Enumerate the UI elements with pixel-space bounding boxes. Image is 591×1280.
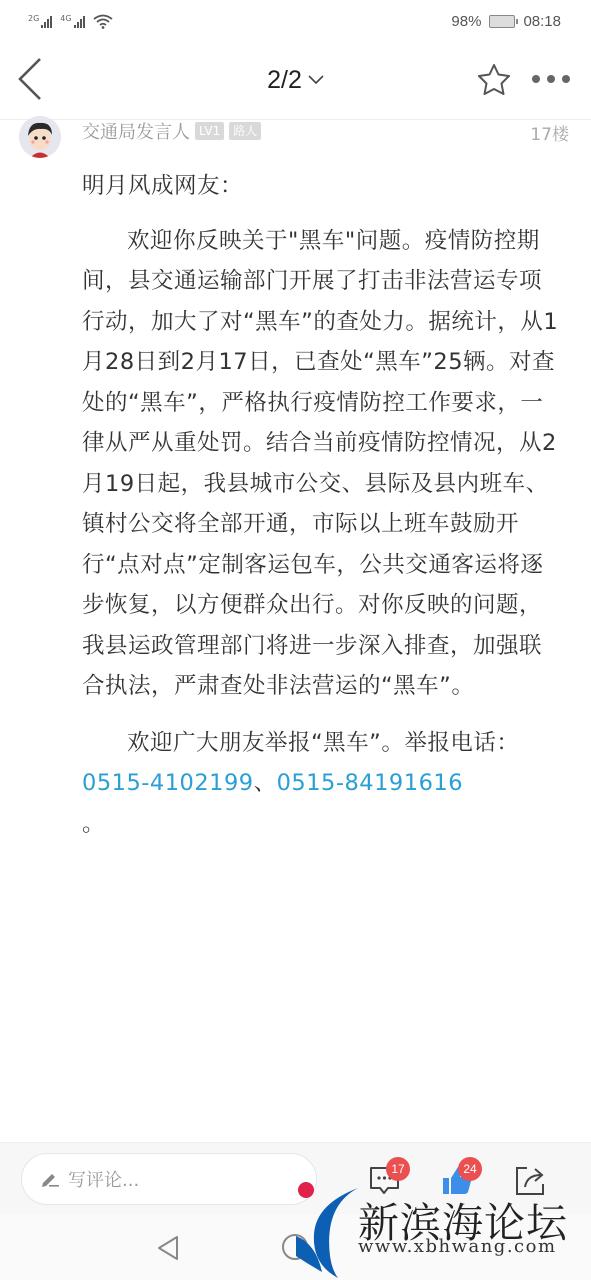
- system-back-button[interactable]: [156, 1234, 180, 1266]
- signal-4g-icon: 4G: [60, 14, 84, 28]
- wifi-icon: [93, 14, 113, 29]
- share-button[interactable]: [513, 1163, 549, 1199]
- comment-placeholder: 写评论...: [68, 1166, 139, 1192]
- post-paragraph-1: 欢迎你反映关于"黑车"问题。疫情防控期间，县交通运输部门开展了打击非法营运专项行…: [82, 221, 562, 707]
- triangle-back-icon: [156, 1234, 180, 1262]
- signal-2g-label: 2G: [28, 14, 39, 23]
- more-icon-dot: [547, 75, 555, 83]
- floor-number: 17楼: [530, 120, 569, 145]
- phone-separator: 、: [254, 770, 277, 796]
- star-icon: [476, 62, 512, 98]
- post-paragraph-2: 欢迎广大朋友举报“黑车”。举报电话：0515-4102199、0515-8419…: [82, 723, 562, 845]
- phone-link-1[interactable]: 0515-4102199: [82, 770, 254, 796]
- signal-2g-icon: 2G: [28, 14, 52, 28]
- page-indicator-label: 2/2: [267, 66, 302, 95]
- battery-icon: [489, 15, 515, 28]
- comments-button[interactable]: 17: [368, 1163, 404, 1199]
- post-greeting: 明月风成网友：: [82, 166, 562, 207]
- paragraph-end: 。: [82, 811, 105, 837]
- comment-input[interactable]: 写评论...: [21, 1153, 317, 1205]
- avatar-cartoon-icon: [19, 116, 61, 158]
- back-chevron-icon: [14, 56, 50, 102]
- comment-count-badge: 17: [386, 1157, 410, 1181]
- system-nav-bar: [0, 1214, 591, 1280]
- clock: 08:18: [523, 13, 561, 30]
- level-badge: LV1: [195, 122, 224, 140]
- share-icon: [513, 1163, 549, 1199]
- more-button[interactable]: [532, 72, 574, 86]
- status-bar: 2G 4G 98% 08:18: [0, 0, 591, 42]
- bottom-action-bar: 写评论... 17 24: [0, 1142, 591, 1214]
- post-body: 明月风成网友： 欢迎你反映关于"黑车"问题。疫情防控期间，县交通运输部门开展了打…: [82, 166, 562, 844]
- back-button[interactable]: [14, 56, 50, 102]
- more-icon-dot: [532, 75, 540, 83]
- status-left: 2G 4G: [28, 14, 113, 29]
- more-icon-dot: [562, 75, 570, 83]
- avatar[interactable]: [19, 116, 61, 158]
- battery-percent: 98%: [451, 13, 481, 30]
- status-right: 98% 08:18: [451, 13, 561, 30]
- like-button[interactable]: 24: [440, 1163, 476, 1199]
- like-count-badge: 24: [458, 1157, 482, 1181]
- nav-bar: 2/2: [0, 42, 591, 118]
- rank-badge: 路人: [229, 122, 261, 140]
- post-header: 交通局发言人 LV1 路人 17楼: [0, 112, 591, 158]
- author-name[interactable]: 交通局发言人: [82, 118, 190, 144]
- system-home-button[interactable]: [282, 1234, 308, 1260]
- signal-4g-label: 4G: [60, 14, 71, 23]
- pencil-icon: [40, 1170, 60, 1188]
- author-info: 交通局发言人 LV1 路人: [82, 118, 261, 144]
- phone-link-2[interactable]: 0515-84191616: [277, 770, 463, 796]
- favorite-button[interactable]: [476, 62, 512, 98]
- report-text: 欢迎广大朋友举报“黑车”。举报电话：: [127, 730, 519, 756]
- chevron-down-icon: [308, 75, 324, 85]
